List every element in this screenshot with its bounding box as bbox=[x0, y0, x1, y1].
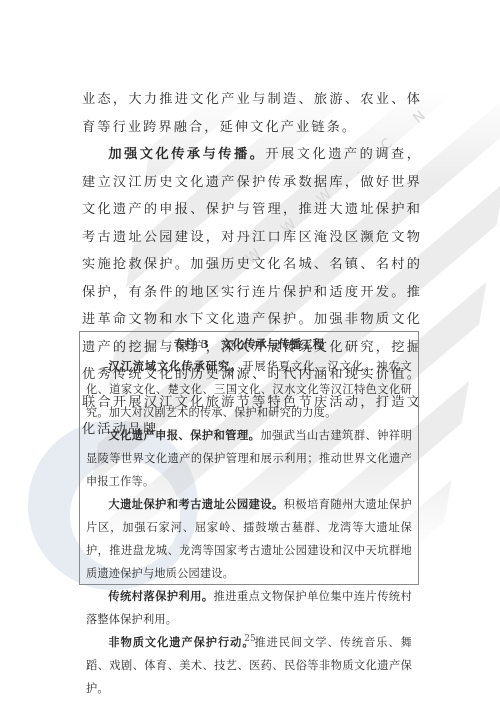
special-column-box: 专栏 3文化传承与传播工程 汉江流域文化传承研究。开展华夏文化、汉文化、神农文化… bbox=[79, 331, 419, 585]
box-title-text: 文化传承与传播工程 bbox=[221, 337, 325, 351]
paragraph-lead: 加强文化传承与传播。 bbox=[108, 147, 265, 162]
box-item-lead: 传统村落保护利用。 bbox=[108, 589, 213, 603]
paragraph-continuation: 业态，大力推进文化产业与制造、旅游、农业、体育等行业跨界融合，延伸文化产业链条。 bbox=[82, 86, 422, 141]
box-item-lead: 汉江流域文化传承研究。 bbox=[108, 359, 242, 373]
box-item-lead: 文化遗产申报、保护和管理。 bbox=[108, 428, 260, 442]
box-label: 专栏 3 bbox=[174, 337, 209, 351]
box-title: 专栏 3文化传承与传播工程 bbox=[86, 335, 412, 353]
box-item: 文化遗产申报、保护和管理。加强武当山古建筑群、钟祥明显陵等世界文化遗产的保护管理… bbox=[86, 424, 412, 493]
box-item-lead: 大遗址保护和考古遗址公园建设。 bbox=[108, 497, 283, 511]
page-number: 25 bbox=[0, 634, 500, 644]
box-item: 大遗址保护和考古遗址公园建设。积极培育随州大遗址保护片区，加强石家河、屈家岭、擂… bbox=[86, 493, 412, 585]
document-page: 业态，大力推进文化产业与制造、旅游、农业、体育等行业跨界融合，延伸文化产业链条。… bbox=[0, 0, 500, 707]
box-item: 传统村落保护利用。推进重点文物保护单位集中连片传统村落整体保护利用。 bbox=[86, 585, 412, 631]
box-item: 汉江流域文化传承研究。开展华夏文化、汉文化、神农文化、道家文化、楚文化、三国文化… bbox=[86, 355, 412, 424]
